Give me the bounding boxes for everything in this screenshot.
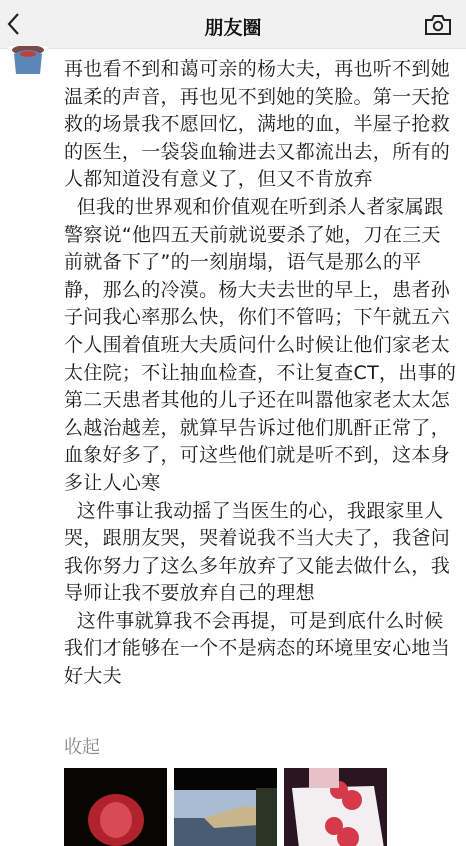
avatar[interactable] [8,46,48,76]
page-title: 朋友圈 [0,13,466,40]
post-paragraph: 再也看不到和蔼可亲的杨大夫，再也听不到她温柔的声音，再也见不到她的笑脸。第一天抢… [64,56,459,194]
collapse-link[interactable]: 收起 [64,733,100,759]
camera-icon[interactable] [424,14,452,36]
post-body: 再也看不到和蔼可亲的杨大夫，再也听不到她温柔的声音，再也见不到她的笑脸。第一天抢… [64,56,459,691]
image-grid [64,768,387,846]
post-paragraph: 但我的世界观和价值观在听到杀人者家属跟警察说“他四五天前就说要杀了她，刀在三天前… [64,194,459,498]
top-bar: 朋友圈 [0,0,466,49]
bridge-lake-photo[interactable] [174,768,277,846]
red-lantern-photo[interactable] [64,768,167,846]
post-paragraph: 这件事就算我不会再提，可是到底什么时候我们才能够在一个不是病态的环境里安心地当好… [64,608,459,691]
heart-cake-photo[interactable] [284,768,387,846]
post-paragraph: 这件事让我动摇了当医生的心，我跟家里人哭，跟朋友哭，哭着说我不当大夫了，我爸问我… [64,498,459,608]
